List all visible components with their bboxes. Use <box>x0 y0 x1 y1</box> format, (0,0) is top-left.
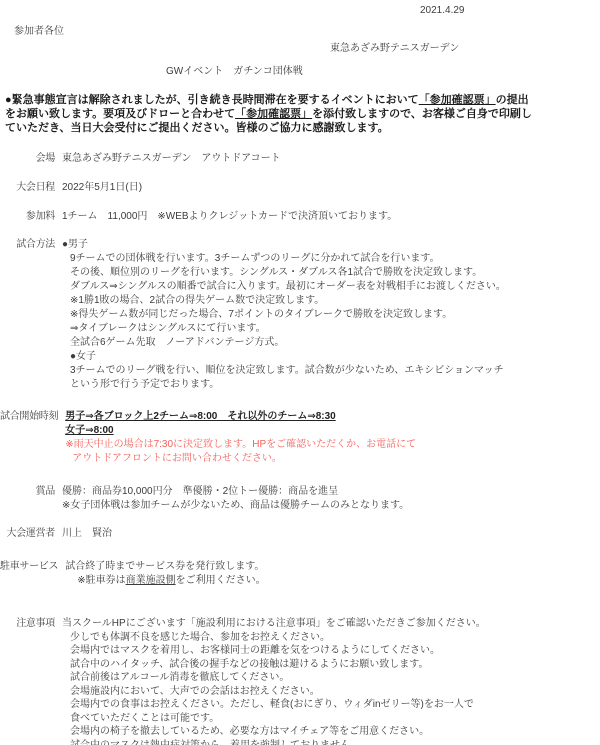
text-line: という形で行う予定でおります。 <box>70 378 506 392</box>
entry-fee-row: 参加料 1チーム 11,000円 ※WEBよりクレジットカードで決済頂いておりま… <box>0 210 600 224</box>
rain-cancel-note-2: アウトドアフロントにお問い合わせください。 <box>72 452 416 466</box>
text-line: 9チームでの団体戦を行います。3チームずつのリーグに分かれて試合を行います。 <box>70 252 506 266</box>
organizer-label: 大会運営者 <box>0 527 55 541</box>
start-time-body: 男子⇒各ブロック上2チーム⇒8:00 それ以外のチーム⇒8:30 女子⇒8:00… <box>65 410 416 466</box>
document-date: 2021.4.29 <box>420 4 600 18</box>
text-line: ●男子 <box>62 238 506 252</box>
start-time-row: 試合開始時刻 男子⇒各ブロック上2チーム⇒8:00 それ以外のチーム⇒8:30 … <box>0 410 600 466</box>
precautions-label: 注意事項 <box>0 617 55 631</box>
text-line: 3チームでのリーグ戦を行い、順位を決定致します。試合数が少ないため、エキシビショ… <box>70 364 506 378</box>
entry-fee-value: 1チーム 11,000円 ※WEBよりクレジットカードで決済頂いております。 <box>62 210 397 224</box>
recipient-line: 参加者各位 <box>14 25 600 39</box>
underlined-term: 「参加確認票」 <box>419 94 496 106</box>
start-time-men: 男子⇒各ブロック上2チーム⇒8:00 それ以外のチーム⇒8:30 <box>65 410 416 424</box>
start-time-women: 女子⇒8:00 <box>65 424 416 438</box>
parking-line-1: 試合終了時までサービス券を発行致します。 <box>65 560 265 574</box>
notice-line-1: ●緊急事態宣言は解除されましたが、引き続き長時間滞在を要するイベントにおいて「参… <box>5 93 582 107</box>
prize-label: 賞品 <box>0 485 55 499</box>
document-title: GWイベント ガチンコ団体戦 <box>166 65 600 79</box>
text-line: 試合前後はアルコール消毒を徹底してください。 <box>70 671 486 685</box>
text-line: その後、順位別のリーグを行います。シングルス・ダブルス各1試合で勝敗を決定致しま… <box>70 266 506 280</box>
parking-text: ※駐車券は <box>77 575 125 586</box>
prize-line-1: 優勝：商品券10,000円分 準優勝・2位トー優勝：商品を進呈 <box>62 485 409 499</box>
notice-text: を添付致しますので、お客様ご自身で印刷し <box>312 108 532 120</box>
organizer-value: 川上 賢治 <box>62 527 112 541</box>
event-date-value: 2022年5月1日(日) <box>62 181 142 195</box>
parking-line-2: ※駐車券は商業施設側をご利用ください。 <box>77 574 265 588</box>
underlined-term: 商業施設側 <box>126 575 176 586</box>
document-page: 2021.4.29 参加者各位 東急あざみ野テニスガーデン GWイベント ガチン… <box>0 0 600 745</box>
underlined-term: 「参加確認票」 <box>235 108 312 120</box>
prize-line-2: ※女子団体戦は参加チームが少ないため、商品は優勝チームのみとなります。 <box>62 499 409 513</box>
notice-text: をお願い致します。要項及びドローと合わせて <box>5 108 235 120</box>
organizer-row: 大会運営者 川上 賢治 <box>0 527 600 541</box>
text-line: ●女子 <box>70 350 506 364</box>
notice-text: の提出 <box>496 94 529 106</box>
text-line: 全試合6ゲーム先取 ノーアドバンテージ方式。 <box>70 336 506 350</box>
text-line: 会場内ではマスクを着用し、お客様同士の距離を気をつけるようにしてください。 <box>70 644 486 658</box>
precautions-body: 当スクールHPにございます「施設利用における注意事項」をご確認いただきご参加くだ… <box>62 617 486 745</box>
notice-line-3: ていただき、当日大会受付にご提出ください。皆様のご協力に感謝致します。 <box>5 121 582 135</box>
notice-line-2: をお願い致します。要項及びドローと合わせて「参加確認票」を添付致しますので、お客… <box>5 107 582 121</box>
text-line: 会場内の椅子を撤去しているため、必要な方はマイチェア等をご用意ください。 <box>70 725 486 739</box>
parking-text: をご利用ください。 <box>176 575 266 586</box>
rain-cancel-note-1: ※雨天中止の場合は7:30に決定致します。HPをご確認いただくか、お電話にて <box>65 438 416 452</box>
venue-value: 東急あざみ野テニスガーデン アウトドアコート <box>62 152 281 166</box>
parking-row: 駐車サービス 試合終了時までサービス券を発行致します。 ※駐車券は商業施設側をご… <box>0 560 600 588</box>
parking-label: 駐車サービス <box>0 560 58 574</box>
prize-row: 賞品 優勝：商品券10,000円分 準優勝・2位トー優勝：商品を進呈 ※女子団体… <box>0 485 600 513</box>
text-line: 当スクールHPにございます「施設利用における注意事項」をご確認いただきご参加くだ… <box>62 617 486 631</box>
match-format-body: ●男子9チームでの団体戦を行います。3チームずつのリーグに分かれて試合を行います… <box>62 238 506 392</box>
event-date-row: 大会日程 2022年5月1日(日) <box>0 181 600 195</box>
text-line: ※得失ゲーム数が同じだった場合、7ポイントのタイブレークで勝敗を決定致します。 <box>70 308 506 322</box>
precautions-row: 注意事項 当スクールHPにございます「施設利用における注意事項」をご確認いただき… <box>0 617 600 745</box>
text-line: 会場内での食事はお控えください。ただし、軽食(おにぎり、ウィダinゼリー等)をお… <box>70 698 486 712</box>
venue-label: 会場 <box>0 152 55 166</box>
emergency-notice-paragraph: ●緊急事態宣言は解除されましたが、引き続き長時間滞在を要するイベントにおいて「参… <box>5 93 582 135</box>
text-line: 食べていただくことは可能です。 <box>70 712 486 726</box>
venue-row: 会場 東急あざみ野テニスガーデン アウトドアコート <box>0 152 600 166</box>
text-line: 試合中のハイタッチ、試合後の握手などの接触は避けるようにお願い致します。 <box>70 658 486 672</box>
entry-fee-label: 参加料 <box>0 210 55 224</box>
text-line: 試合中のマスクは熱中症対策から、着用を強制しておりません。 <box>70 739 486 745</box>
match-format-row: 試合方法 ●男子9チームでの団体戦を行います。3チームずつのリーグに分かれて試合… <box>0 238 600 392</box>
event-date-label: 大会日程 <box>0 181 55 195</box>
text-line: 会場施設内において、大声での会話はお控えください。 <box>70 685 486 699</box>
text-line: ⇒タイブレークはシングルスにて行います。 <box>70 322 506 336</box>
start-time-label: 試合開始時刻 <box>0 410 58 424</box>
parking-body: 試合終了時までサービス券を発行致します。 ※駐車券は商業施設側をご利用ください。 <box>65 560 265 588</box>
match-format-label: 試合方法 <box>0 238 55 252</box>
prize-body: 優勝：商品券10,000円分 準優勝・2位トー優勝：商品を進呈 ※女子団体戦は参… <box>62 485 409 513</box>
text-line: ※1勝1敗の場合、2試合の得失ゲーム数で決定致します。 <box>70 294 506 308</box>
notice-text: ●緊急事態宣言は解除されましたが、引き続き長時間滞在を要するイベントにおいて <box>5 94 419 106</box>
sender-line: 東急あざみ野テニスガーデン <box>330 42 600 56</box>
text-line: ダブルス⇒シングルスの順番で試合に入ります。最初にオーダー表を対戦相手にお渡しく… <box>70 280 506 294</box>
text-line: 少しでも体調不良を感じた場合、参加をお控えください。 <box>70 631 486 645</box>
